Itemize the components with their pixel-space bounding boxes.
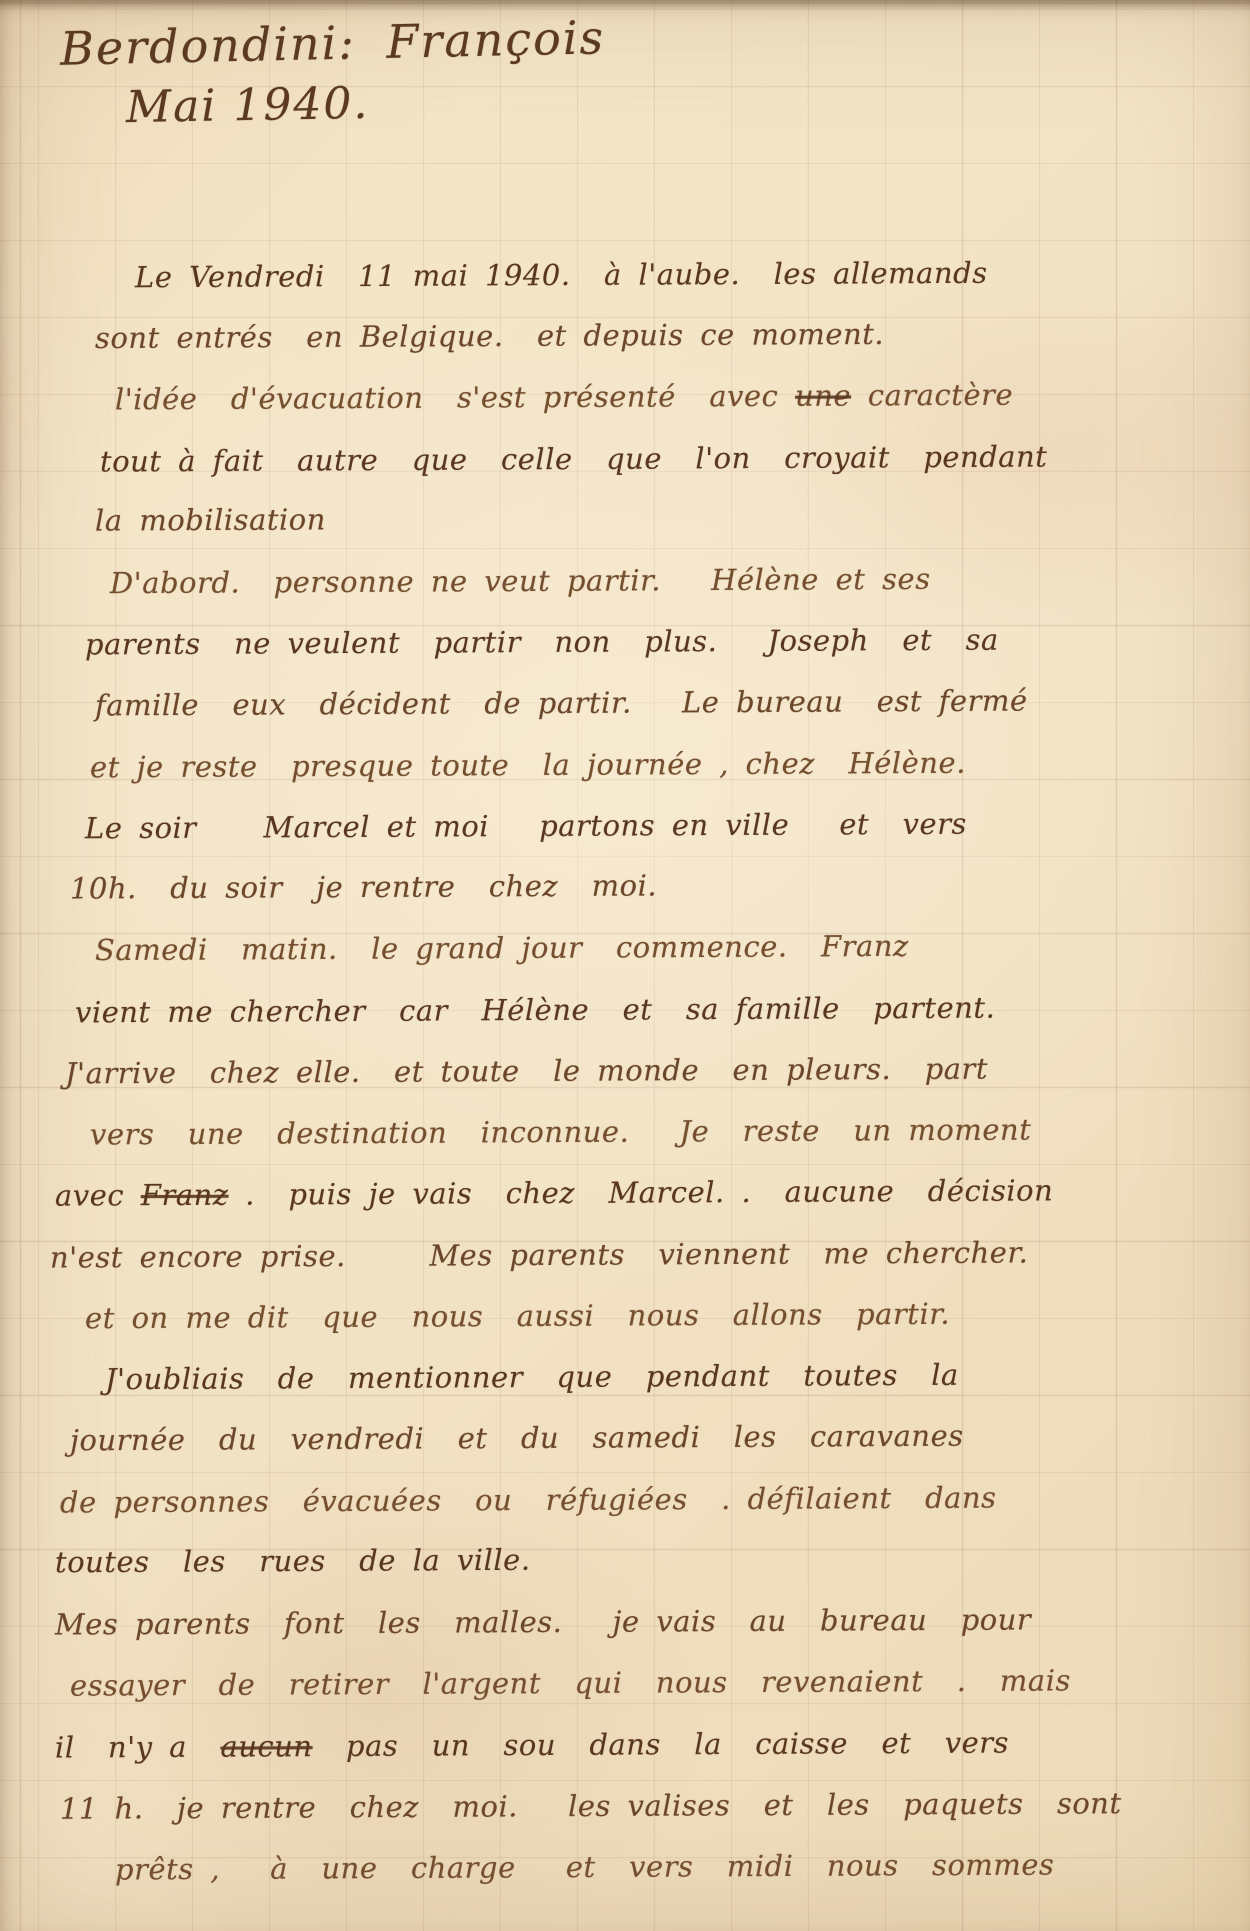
handwritten-text: vient me chercher car Hélène et sa famil… bbox=[75, 991, 995, 1030]
diary-line: 11 h. je rentre chez moi. les valises et… bbox=[60, 1786, 1122, 1826]
handwritten-text: essayer de retirer l'argent qui nous rev… bbox=[70, 1663, 1071, 1702]
diary-line: vers une destination inconnue. Je reste … bbox=[90, 1113, 1031, 1152]
diary-line: vient me chercher car Hélène et sa famil… bbox=[75, 991, 995, 1030]
diary-line: tout à fait autre que celle que l'on cro… bbox=[100, 440, 1048, 479]
handwritten-text: pas un sou dans la caisse et vers bbox=[312, 1726, 1009, 1764]
diary-line: 10h. du soir je rentre chez moi. bbox=[70, 868, 657, 905]
diary-line: n'est encore prise. Mes parents viennent… bbox=[50, 1235, 1028, 1274]
struck-word: Franz bbox=[141, 1178, 229, 1212]
handwritten-text: Le Vendredi 11 mai 1940. à l'aube. les a… bbox=[135, 256, 988, 294]
diary-line: la mobilisation bbox=[95, 502, 326, 537]
handwritten-text: . puis je vais chez Marcel. . aucune déc… bbox=[228, 1173, 1053, 1211]
handwritten-text: vers une destination inconnue. Je reste … bbox=[90, 1113, 1031, 1152]
handwritten-text: Samedi matin. le grand jour commence. Fr… bbox=[95, 929, 909, 967]
handwritten-text: prêts , à une charge et vers midi nous s… bbox=[115, 1848, 1055, 1887]
diary-line: prêts , à une charge et vers midi nous s… bbox=[115, 1848, 1055, 1887]
diary-line: l'idée d'évacuation s'est présenté avec … bbox=[115, 378, 1013, 417]
handwritten-text: l'idée d'évacuation s'est présenté avec bbox=[115, 379, 795, 417]
handwritten-text: Le soir Marcel et moi partons en ville e… bbox=[85, 807, 967, 846]
handwritten-text: et je reste presque toute la journée , c… bbox=[90, 746, 966, 785]
diary-line: et je reste presque toute la journée , c… bbox=[90, 746, 966, 785]
diary-line: J'arrive chez elle. et toute le monde en… bbox=[65, 1052, 988, 1091]
handwritten-text: avec bbox=[55, 1178, 141, 1212]
diary-line: Mes parents font les malles. je vais au … bbox=[55, 1602, 1031, 1641]
diary-line: Le soir Marcel et moi partons en ville e… bbox=[85, 807, 967, 846]
handwritten-text: Mes parents font les malles. je vais au … bbox=[55, 1602, 1031, 1641]
handwritten-text: 11 h. je rentre chez moi. les valises et… bbox=[60, 1786, 1122, 1826]
handwritten-text: J'arrive chez elle. et toute le monde en… bbox=[65, 1052, 988, 1091]
diary-line: avec Franz . puis je vais chez Marcel. .… bbox=[55, 1173, 1053, 1212]
handwritten-text: la mobilisation bbox=[95, 502, 326, 537]
diary-line: Le Vendredi 11 mai 1940. à l'aube. les a… bbox=[135, 256, 988, 294]
diary-line: essayer de retirer l'argent qui nous rev… bbox=[70, 1663, 1071, 1702]
handwritten-text: il n'y a bbox=[55, 1730, 221, 1765]
handwritten-text: famille eux décident de partir. Le burea… bbox=[95, 684, 1028, 723]
struck-word: une bbox=[795, 378, 851, 412]
handwritten-text: parents ne veulent partir non plus. Jose… bbox=[85, 623, 999, 662]
handwritten-text: D'abord. personne ne veut partir. Hélène… bbox=[110, 562, 931, 600]
diary-line: sont entrés en Belgique. et depuis ce mo… bbox=[95, 317, 884, 355]
diary-line: toutes les rues de la ville. bbox=[55, 1543, 531, 1579]
handwritten-text: 10h. du soir je rentre chez moi. bbox=[70, 868, 657, 905]
diary-line: Samedi matin. le grand jour commence. Fr… bbox=[95, 929, 909, 967]
handwritten-text: de personnes évacuées ou réfugiées . déf… bbox=[60, 1481, 997, 1520]
diary-line: D'abord. personne ne veut partir. Hélène… bbox=[110, 562, 931, 600]
struck-word: aucun bbox=[220, 1729, 312, 1763]
diary-body: Le Vendredi 11 mai 1940. à l'aube. les a… bbox=[0, 0, 1250, 1931]
diary-line: il n'y a aucun pas un sou dans la caisse… bbox=[55, 1726, 1009, 1765]
handwritten-text: journée du vendredi et du samedi les car… bbox=[70, 1419, 964, 1458]
handwritten-text: caractère bbox=[851, 378, 1013, 413]
diary-line: famille eux décident de partir. Le burea… bbox=[95, 684, 1028, 723]
handwritten-text: toutes les rues de la ville. bbox=[55, 1543, 531, 1579]
diary-line: et on me dit que nous aussi nous allons … bbox=[85, 1297, 950, 1336]
diary-line: J'oubliais de mentionner que pendant tou… bbox=[105, 1358, 959, 1396]
diary-line: de personnes évacuées ou réfugiées . déf… bbox=[60, 1481, 997, 1520]
diary-line: parents ne veulent partir non plus. Jose… bbox=[85, 623, 999, 662]
handwritten-text: tout à fait autre que celle que l'on cro… bbox=[100, 440, 1048, 479]
handwritten-text: n'est encore prise. Mes parents viennent… bbox=[50, 1235, 1028, 1274]
diary-line: journée du vendredi et du samedi les car… bbox=[70, 1419, 964, 1458]
handwritten-text: et on me dit que nous aussi nous allons … bbox=[85, 1297, 950, 1336]
notebook-page: Berdondini: François Mai 1940. Le Vendre… bbox=[0, 0, 1250, 1931]
handwritten-text: sont entrés en Belgique. et depuis ce mo… bbox=[95, 317, 884, 355]
handwritten-text: J'oubliais de mentionner que pendant tou… bbox=[105, 1358, 959, 1396]
